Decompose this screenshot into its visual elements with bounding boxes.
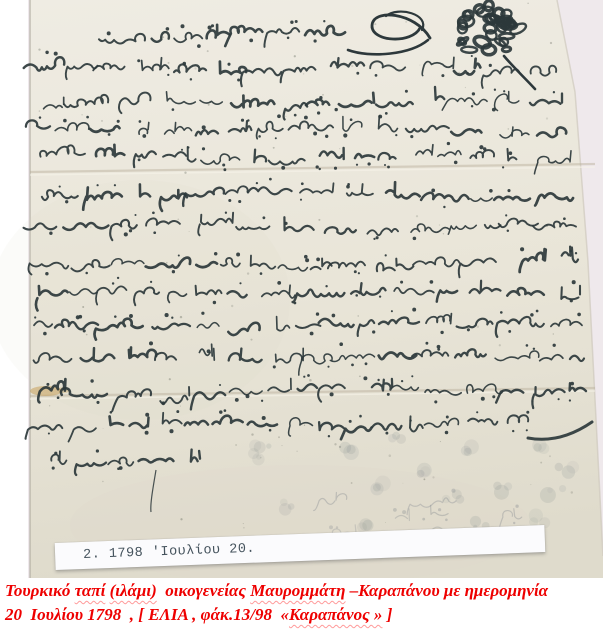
archive-date-text: 2. 1798 'Ιουλίου 20.: [83, 542, 255, 563]
caption-text: –Καραπάνου με ημερομηνία: [345, 581, 548, 600]
caption-line-1: Τουρκικό ταπί (ιλάμι) οικογενείας Μαυρομ…: [5, 579, 602, 603]
caption-text: 20 Ιουλίου 1798 , [ ΕΛΙΑ , φάκ.13/98 «: [5, 605, 289, 624]
archival-document-page: 2. 1798 'Ιουλίου 20. Τουρκικό ταπί (ιλάμ…: [0, 0, 603, 640]
caption-text: οικογενείας: [157, 581, 250, 600]
photo-caption: Τουρκικό ταπί (ιλάμι) οικογενείας Μαυρομ…: [5, 579, 602, 627]
caption-term-underlined: (ιλάμι): [110, 581, 157, 600]
caption-text: ]: [382, 605, 392, 624]
manuscript-photo: [0, 0, 603, 578]
caption-line-2: 20 Ιουλίου 1798 , [ ΕΛΙΑ , φάκ.13/98 «Κα…: [5, 603, 602, 627]
caption-term-underlined: ταπί: [75, 581, 106, 600]
caption-text: Τουρκικό: [5, 581, 75, 600]
caption-term-underlined: Μαυρομμάτη: [250, 581, 345, 600]
caption-term-underlined: Καραπάνος »: [289, 605, 382, 624]
